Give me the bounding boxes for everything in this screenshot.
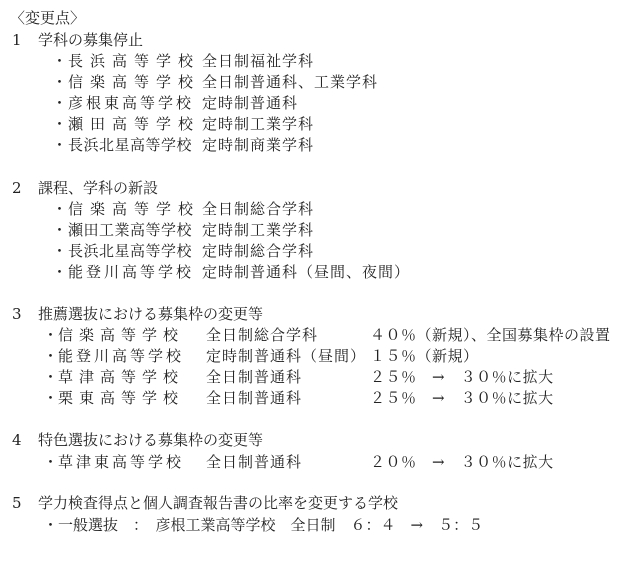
- ratio-change-line: ・一般選抜 ： 彦根工業高等学校 全日制 ６：４ → ５：５: [43, 515, 483, 535]
- bullet: ・: [43, 367, 58, 387]
- bullet: ・: [43, 325, 58, 345]
- school-name: 信楽高等学校: [68, 199, 200, 219]
- course-name: 全日制普通科: [206, 388, 302, 408]
- course-name: 定時制普通科: [202, 93, 298, 113]
- school-name: 信楽高等学校: [58, 325, 184, 345]
- section-number: 5: [12, 493, 22, 513]
- course-name: 定時制普通科（昼間、夜間）: [202, 262, 410, 282]
- quota-rate: ２０％ → ３０％に拡大: [370, 452, 554, 472]
- school-name: 瀬田高等学校: [68, 114, 200, 134]
- course-name: 全日制総合学科: [206, 325, 318, 345]
- bullet: ・: [52, 135, 67, 155]
- section-number: 1: [12, 30, 22, 50]
- course-name: 定時制総合学科: [202, 241, 314, 261]
- quota-rate: ２５％ → ３０％に拡大: [370, 367, 554, 387]
- quota-rate: ２５％ → ３０％に拡大: [370, 388, 554, 408]
- school-name: 彦根東高等学校: [68, 93, 194, 113]
- bullet: ・: [43, 388, 58, 408]
- school-name: 長浜北星高等学校: [68, 135, 192, 155]
- course-name: 全日制普通科: [206, 367, 302, 387]
- bullet: ・: [52, 241, 67, 261]
- school-name: 能登川高等学校: [68, 262, 194, 282]
- section-number: 2: [12, 178, 22, 198]
- course-name: 定時制普通科（昼間）: [206, 346, 366, 366]
- section-heading: 特色選抜における募集枠の変更等: [38, 430, 263, 450]
- course-name: 定時制工業学科: [202, 114, 314, 134]
- bullet: ・: [43, 346, 58, 366]
- course-name: 全日制総合学科: [202, 199, 314, 219]
- bullet: ・: [52, 93, 67, 113]
- school-name: 草津高等学校: [58, 367, 184, 387]
- quota-rate: １５％（新規）: [370, 346, 479, 366]
- school-name: 瀬田工業高等学校: [68, 220, 192, 240]
- course-name: 全日制普通科、工業学科: [202, 72, 378, 92]
- school-name: 草津東高等学校: [58, 452, 184, 472]
- section-heading: 課程、学科の新設: [38, 178, 158, 198]
- bullet: ・: [52, 220, 67, 240]
- section-number: 3: [12, 304, 22, 324]
- document-title: 〈変更点〉: [10, 8, 85, 28]
- school-name: 能登川高等学校: [58, 346, 184, 366]
- bullet: ・: [52, 72, 67, 92]
- bullet: ・: [52, 199, 67, 219]
- course-name: 定時制工業学科: [202, 220, 314, 240]
- course-name: 定時制商業学科: [202, 135, 314, 155]
- quota-rate: ４０％（新規）、全国募集枠の設置: [370, 325, 611, 345]
- section-number: 4: [12, 430, 22, 450]
- school-name: 長浜北星高等学校: [68, 241, 192, 261]
- section-heading: 推薦選抜における募集枠の変更等: [38, 304, 263, 324]
- bullet: ・: [52, 262, 67, 282]
- course-name: 全日制福祉学科: [202, 51, 314, 71]
- bullet: ・: [52, 51, 67, 71]
- section-heading: 学力検査得点と個人調査報告書の比率を変更する学校: [38, 493, 398, 513]
- bullet: ・: [52, 114, 67, 134]
- course-name: 全日制普通科: [206, 452, 302, 472]
- school-name: 栗東高等学校: [58, 388, 184, 408]
- section-heading: 学科の募集停止: [38, 30, 143, 50]
- school-name: 長浜高等学校: [68, 51, 200, 71]
- bullet: ・: [43, 452, 58, 472]
- school-name: 信楽高等学校: [68, 72, 200, 92]
